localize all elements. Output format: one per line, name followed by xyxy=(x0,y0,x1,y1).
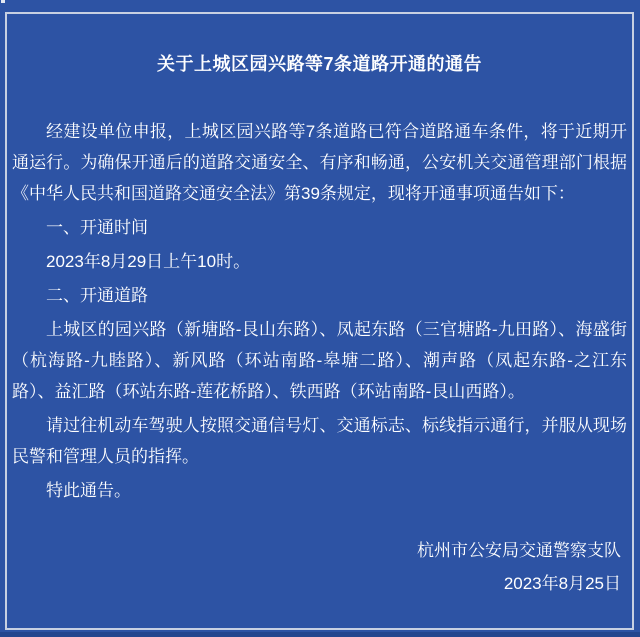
notice-driver-instruction: 请过往机动车驾驶人按照交通信号灯、交通标志、标线指示通行，并服从现场民警和管理人… xyxy=(12,410,627,472)
notice-road-list: 上城区的园兴路（新塘路-艮山东路）、凤起东路（三官塘路-九田路）、海盛街（杭海路… xyxy=(12,314,627,407)
notice-paragraph-intro: 经建设单位申报，上城区园兴路等7条道路已符合道路通车条件，将于近期开通运行。为确… xyxy=(12,116,627,209)
notice-section-1-heading: 一、开通时间 xyxy=(12,212,627,243)
notice-body: 关于上城区园兴路等7条道路开通的通告 经建设单位申报，上城区园兴路等7条道路已符… xyxy=(7,14,632,600)
notice-section-2-heading: 二、开通道路 xyxy=(12,280,627,311)
notice-page: 关于上城区园兴路等7条道路开通的通告 经建设单位申报，上城区园兴路等7条道路已符… xyxy=(0,0,640,637)
notice-date: 2023年8月25日 xyxy=(12,567,621,600)
notice-title: 关于上城区园兴路等7条道路开通的通告 xyxy=(12,48,627,80)
signature-block: 杭州市公安局交通警察支队 2023年8月25日 xyxy=(12,534,627,600)
notice-closing: 特此通告。 xyxy=(12,475,627,506)
notice-border-frame: 关于上城区园兴路等7条道路开通的通告 经建设单位申报，上城区园兴路等7条道路已符… xyxy=(5,12,634,630)
notice-opening-time: 2023年8月29日上午10时。 xyxy=(12,246,627,277)
bottom-strip xyxy=(0,632,640,637)
corner-artifact xyxy=(1,0,5,3)
notice-signature: 杭州市公安局交通警察支队 xyxy=(12,534,621,567)
